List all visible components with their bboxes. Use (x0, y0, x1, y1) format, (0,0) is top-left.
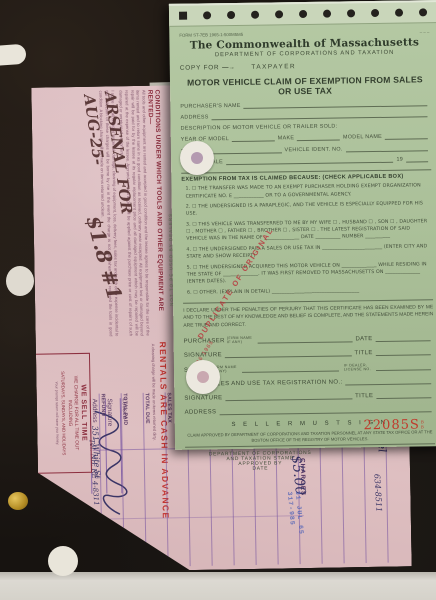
field-date-of-sale: DATE OF SALE 19 (181, 155, 431, 165)
serial-digits: 22085S (363, 417, 419, 433)
sign-row-signature-2: SIGNATURE TITLE (184, 391, 434, 401)
sprocket-hole (395, 9, 403, 17)
field-label: YEAR OF MODEL (181, 136, 229, 143)
arrow-icon: —→ (222, 64, 235, 71)
scanner-edge-strip (0, 572, 436, 600)
sprocket-hole (227, 11, 235, 19)
field-label: VEHICLE IDENT. NO. (284, 146, 342, 153)
field-label: 19 (396, 157, 403, 163)
field-description: DESCRIPTION OF MOTOR VEHICLE OR TRAILER … (181, 122, 431, 131)
copy-for-label: COPY FOR (180, 64, 220, 72)
field-address: ADDRESS (180, 110, 430, 120)
field-line (257, 335, 352, 343)
field-line (242, 364, 339, 372)
exemption-items: 1. ☐ THE TRANSFER WAS MADE TO AN EXEMPT … (181, 183, 433, 297)
copy-for-value: TAXPAYER (251, 63, 296, 71)
field-line (346, 144, 428, 152)
charge-row-label: SALES TAX (166, 392, 173, 448)
binder-hole (0, 44, 27, 67)
exemption-item-3: 3. ☐ THIS VEHICLE WAS TRANSFERRED TO ME … (186, 218, 432, 243)
scanned-binder-page: CONDITIONS UNDER WHICH TOOLS AND OTHER E… (0, 0, 436, 600)
serial-suffix: B B (421, 420, 425, 429)
field-line (376, 334, 431, 342)
field-label: DESCRIPTION OF MOTOR VEHICLE OR TRAILER … (181, 123, 338, 131)
sprocket-hole (275, 10, 283, 18)
sign-label: TITLE (354, 350, 372, 356)
sign-label: ADDRESS (185, 409, 217, 415)
charge-row: REFUND (99, 393, 124, 567)
field-line (244, 99, 428, 109)
charge-row-label: REFUND (100, 394, 107, 450)
field-label: MODEL NAME (343, 134, 382, 141)
charge-row: TOTAL PAID (121, 393, 146, 567)
field-line (219, 405, 431, 415)
sprocket-square-hole (179, 12, 187, 20)
field-line (226, 156, 394, 165)
sign-sublabel: (FIRM NAME IF ANY) (227, 337, 252, 345)
form-number: FORM ST-7EB 1965-1-500M5M5 (179, 32, 243, 38)
sprocket-hole (251, 11, 259, 19)
field-line (232, 134, 275, 142)
copy-for-line: COPY FOR —→ TAXPAYER (180, 61, 430, 71)
reinforcement-ring (180, 141, 214, 175)
field-line (297, 134, 340, 142)
binder-hole (48, 546, 78, 576)
sign-row-seller: SELLER (FIRM NAME IF ANY) IF DEALER, LIC… (184, 362, 434, 373)
sprocket-hole (347, 9, 355, 17)
field-year-make-model: YEAR OF MODEL MAKE MODEL NAME (181, 132, 431, 142)
charge-row-label: TOTAL PAID (122, 393, 129, 449)
charge-row-label: TOTAL DUE (144, 393, 151, 449)
brass-fastener (8, 492, 28, 510)
we-sell-time-line: WE CHARGE FOR ALL TIME OUT (72, 354, 79, 472)
exemption-item-4: 4. ☐ THE UNDERSIGNED PAID A SALES OR USE… (186, 243, 432, 261)
field-line (376, 363, 431, 371)
sign-label: SALES AND USE TAX REGISTRATION NO.: (208, 379, 342, 387)
field-label: PURCHASER'S NAME (180, 102, 240, 109)
exemption-item-1: 1. ☐ THE TRANSFER WAS MADE TO AN EXEMPT … (185, 183, 431, 201)
taxation-stamp-block: DEPARTMENT OF CORPORATIONS AND TAXATION … (185, 450, 335, 472)
sign-row-signature-1: SIGNATURE TITLE (184, 348, 434, 358)
exemption-header: EXEMPTION FROM TAX IS CLAIMED BECAUSE: (… (181, 169, 431, 182)
we-sell-time-box: WE SELL TIME WE CHARGE FOR ALL TIME OUT … (35, 353, 92, 474)
sprocket-hole (371, 9, 379, 17)
field-label: MAKE (278, 135, 295, 141)
charge-row: TOTAL DUE (143, 393, 168, 567)
field-line (225, 349, 352, 358)
sprocket-hole (323, 10, 331, 18)
sign-label: SIGNATURE (184, 395, 222, 402)
sign-sublabel: IF DEALER, LICENSE NO. (344, 364, 371, 372)
exemption-item-2: 2. ☐ THE UNDERSIGNED IS A PARAPLEGIC, AN… (186, 200, 432, 218)
green-form-body: FORM ST-7EB 1965-1-500M5M5 – – – The Com… (169, 23, 436, 472)
field-type-ident: TYPE VEHICLE IDENT. NO. (181, 144, 431, 154)
sign-label: TITLE (355, 393, 373, 399)
we-sell-time-footnote: Your prompt return will save you money. (54, 354, 60, 472)
sign-row-purchaser: PURCHASER (FIRM NAME IF ANY) DATE (184, 333, 434, 344)
reinforcement-ring (186, 360, 220, 394)
sign-row-address: ADDRESS (185, 405, 435, 415)
field-purchaser-name: PURCHASER'S NAME (180, 99, 430, 109)
sprocket-hole (419, 8, 427, 16)
form-title: MOTOR VEHICLE CLAIM OF EXEMPTION FROM SA… (180, 74, 430, 97)
field-line (406, 155, 428, 162)
sprocket-hole (203, 11, 211, 19)
phone-handwriting: 634-8511 (372, 474, 383, 513)
sign-row-regno: SALES AND USE TAX REGISTRATION NO.: (184, 377, 434, 387)
sprocket-hole (299, 10, 307, 18)
exemption-item-5: 5. ☐ THE UNDERSIGNED ACQUIRED THIS MOTOR… (187, 261, 433, 286)
field-line (212, 110, 428, 120)
field-line (385, 132, 428, 140)
field-line (226, 392, 353, 401)
dash-marks: – – – (420, 29, 430, 34)
field-line (376, 391, 431, 399)
field-line (346, 377, 432, 385)
field-label: ADDRESS (180, 114, 208, 120)
we-sell-time-title: WE SELL TIME (79, 354, 88, 472)
sign-label: DATE (355, 336, 372, 342)
field-line (376, 348, 431, 356)
binder-hole (6, 266, 34, 296)
serial-number: 22085S B B (363, 417, 424, 433)
